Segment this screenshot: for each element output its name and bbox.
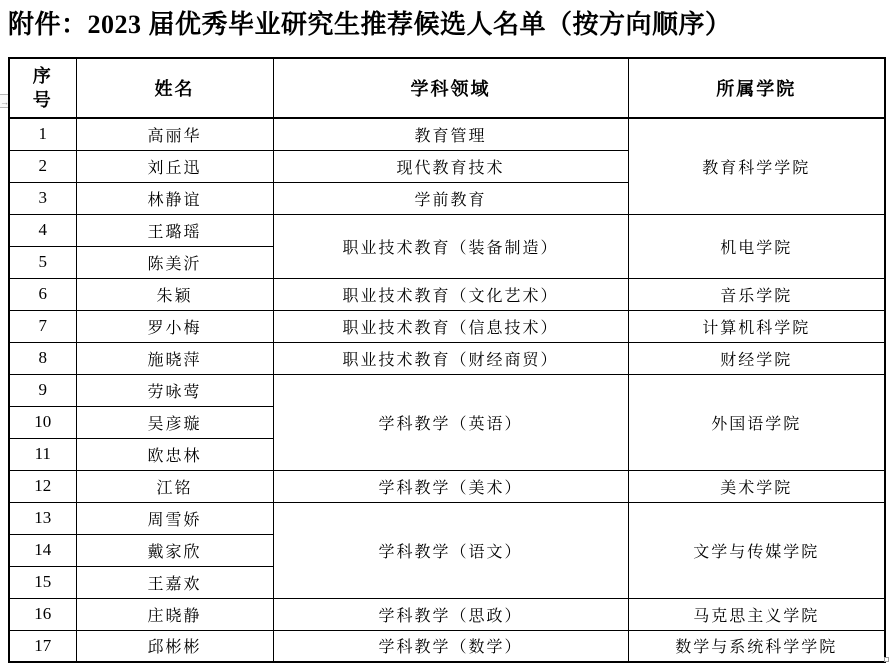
cell-college: 文学与传媒学院 [628, 502, 885, 598]
cell-college: 机电学院 [628, 214, 885, 278]
cell-field: 职业技术教育（文化艺术） [273, 278, 628, 310]
table-row: 17 邱彬彬 学科教学（数学） 数学与系统科学学院 [9, 630, 885, 662]
table-row: 16 庄晓静 学科教学（思政） 马克思主义学院 [9, 598, 885, 630]
cell-no: 15 [9, 566, 76, 598]
cell-field: 学科教学（美术） [273, 470, 628, 502]
cell-name: 林静谊 [76, 182, 273, 214]
cell-field: 职业技术教育（装备制造） [273, 214, 628, 278]
cell-field: 现代教育技术 [273, 150, 628, 182]
cell-no: 13 [9, 502, 76, 534]
cell-college: 音乐学院 [628, 278, 885, 310]
cell-field: 教育管理 [273, 118, 628, 150]
table-row: 4 王璐瑶 职业技术教育（装备制造） 机电学院 [9, 214, 885, 246]
cell-no: 3 [9, 182, 76, 214]
col-header-name: 姓名 [76, 58, 273, 118]
cell-college: 计算机科学院 [628, 310, 885, 342]
cell-name: 王嘉欢 [76, 566, 273, 598]
cell-field: 职业技术教育（财经商贸） [273, 342, 628, 374]
table-row: 7 罗小梅 职业技术教育（信息技术） 计算机科学院 [9, 310, 885, 342]
col-header-no: 序 号 [9, 58, 76, 118]
table-row: 9 劳咏莺 学科教学（英语） 外国语学院 [9, 374, 885, 406]
cell-no: 1 [9, 118, 76, 150]
cell-name: 施晓萍 [76, 342, 273, 374]
cell-name: 罗小梅 [76, 310, 273, 342]
cell-no: 5 [9, 246, 76, 278]
cell-college: 财经学院 [628, 342, 885, 374]
table-row: 8 施晓萍 职业技术教育（财经商贸） 财经学院 [9, 342, 885, 374]
col-header-no-line2: 号 [12, 88, 74, 112]
cell-no: 6 [9, 278, 76, 310]
cell-name: 欧忠林 [76, 438, 273, 470]
page-title: 附件：2023 届优秀毕业研究生推荐候选人名单（按方向顺序） [8, 4, 732, 41]
cell-field: 学科教学（思政） [273, 598, 628, 630]
table-row: 12 江铭 学科教学（美术） 美术学院 [9, 470, 885, 502]
cell-no: 2 [9, 150, 76, 182]
cell-name: 劳咏莺 [76, 374, 273, 406]
header-row: 序 号 姓名 学科领域 所属学院 [9, 58, 885, 118]
cell-no: 8 [9, 342, 76, 374]
cell-field: 学科教学（英语） [273, 374, 628, 470]
cell-name: 朱颖 [76, 278, 273, 310]
cell-college: 外国语学院 [628, 374, 885, 470]
cell-name: 周雪娇 [76, 502, 273, 534]
table-row: 6 朱颖 职业技术教育（文化艺术） 音乐学院 [9, 278, 885, 310]
cell-name: 王璐瑶 [76, 214, 273, 246]
cell-college: 美术学院 [628, 470, 885, 502]
cell-name: 吴彦璇 [76, 406, 273, 438]
cell-name: 戴家欣 [76, 534, 273, 566]
cell-name: 邱彬彬 [76, 630, 273, 662]
cell-name: 高丽华 [76, 118, 273, 150]
cell-name: 刘丘迅 [76, 150, 273, 182]
col-header-no-line1: 序 [12, 64, 74, 88]
cell-no: 17 [9, 630, 76, 662]
cell-no: 10 [9, 406, 76, 438]
cell-college: 教育科学学院 [628, 118, 885, 214]
col-header-college: 所属学院 [628, 58, 885, 118]
cell-field: 学前教育 [273, 182, 628, 214]
col-header-field: 学科领域 [273, 58, 628, 118]
cell-no: 14 [9, 534, 76, 566]
cell-field: 职业技术教育（信息技术） [273, 310, 628, 342]
cell-name: 庄晓静 [76, 598, 273, 630]
cell-field: 学科教学（数学） [273, 630, 628, 662]
table-row: 13 周雪娇 学科教学（语文） 文学与传媒学院 [9, 502, 885, 534]
cell-college: 数学与系统科学学院 [628, 630, 885, 662]
cell-name: 陈美沂 [76, 246, 273, 278]
cell-no: 4 [9, 214, 76, 246]
cell-name: 江铭 [76, 470, 273, 502]
cell-no: 11 [9, 438, 76, 470]
cell-college: 马克思主义学院 [628, 598, 885, 630]
cell-no: 9 [9, 374, 76, 406]
cell-no: 16 [9, 598, 76, 630]
table-row: 1 高丽华 教育管理 教育科学学院 [9, 118, 885, 150]
table-resize-handle[interactable] [884, 657, 889, 662]
candidates-table: 序 号 姓名 学科领域 所属学院 1 高丽华 教育管理 教育科学学院 2 刘丘迅… [8, 57, 886, 663]
cell-field: 学科教学（语文） [273, 502, 628, 598]
cell-no: 12 [9, 470, 76, 502]
cell-no: 7 [9, 310, 76, 342]
